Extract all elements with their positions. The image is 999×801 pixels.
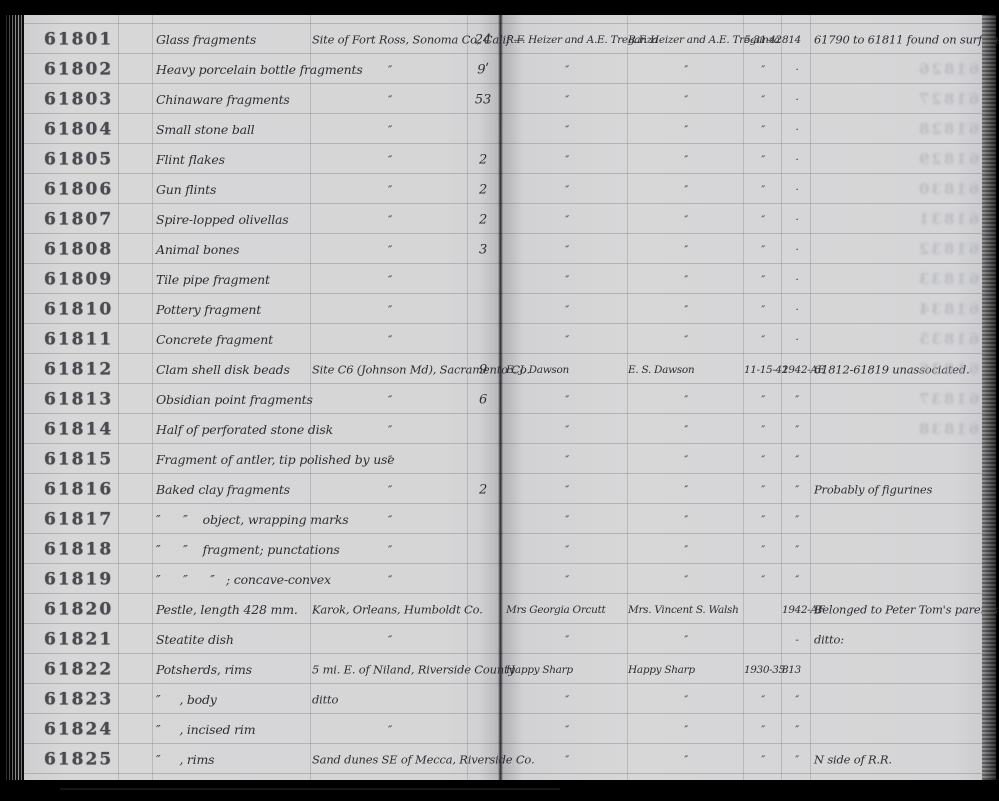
catalog-number: 61801 [44, 32, 113, 49]
accession-number: ″ [782, 455, 812, 466]
collector: ″ [506, 455, 628, 466]
catalog-number: 61825 [44, 752, 113, 769]
description: Chinaware fragments [156, 94, 290, 107]
remarks: Probably of figurines [814, 484, 932, 496]
catalog-row: 61808Animal bones″3″″″· [24, 235, 982, 265]
accession-number: 814 [782, 35, 812, 46]
accession-number: - [782, 635, 812, 646]
catalog-number: 61807 [44, 212, 113, 229]
site-locality: ″ [312, 574, 468, 586]
remarks: ditto: [814, 634, 844, 646]
catalog-row: 61803Chinaware fragments″53″″″· [24, 85, 982, 115]
site-locality: ″ [312, 64, 468, 76]
site-locality: ″ [312, 334, 468, 346]
collected-for: ″ [628, 335, 744, 346]
catalog-number: 61817 [44, 512, 113, 529]
catalog-row: 61805Flint flakes″2″″″· [24, 145, 982, 175]
collected-for: ″ [628, 185, 744, 196]
site-locality: Site of Fort Ross, Sonoma Co, Calif — [312, 34, 468, 46]
collected-for: ″ [628, 635, 744, 646]
accession-number: · [782, 95, 812, 106]
catalog-row: 61809Tile pipe fragment″″″″· [24, 265, 982, 295]
catalog-row: 61815Fragment of antler, tip polished by… [24, 445, 982, 475]
quantity: 9 [468, 364, 498, 377]
catalog-row: 61822Potsherds, rims5 mi. E. of Niland, … [24, 655, 982, 685]
accession-number: ″ [782, 545, 812, 556]
description: ″ ″ ″ ; concave-convex [156, 574, 331, 587]
date: ″ [744, 755, 782, 766]
date: ″ [744, 245, 782, 256]
accession-number: ″ [782, 515, 812, 526]
collector: ″ [506, 695, 628, 706]
catalog-number: 61813 [44, 392, 113, 409]
accession-number: 1942-AF [782, 605, 812, 616]
collector: R.F. Heizer and A.E. Treganza [506, 35, 628, 46]
date: ″ [744, 455, 782, 466]
date: ″ [744, 305, 782, 316]
catalog-row: 61821Steatite dish″″″-ditto: [24, 625, 982, 655]
description: Flint flakes [156, 154, 225, 167]
site-locality: Sand dunes SE of Mecca, Riverside Co. [312, 754, 468, 766]
site-locality: ″ [312, 124, 468, 136]
catalog-row: 61816Baked clay fragments″2″″″″Probably … [24, 475, 982, 505]
collected-for: ″ [628, 485, 744, 496]
accession-number: · [782, 275, 812, 286]
catalog-row: 61801Glass fragmentsSite of Fort Ross, S… [24, 25, 982, 55]
date: 11-15-42 [744, 365, 782, 376]
quantity: 2 [468, 184, 498, 197]
accession-number: · [782, 155, 812, 166]
date: ″ [744, 155, 782, 166]
collected-for: E. S. Dawson [628, 365, 744, 376]
description: Spire-lopped olivellas [156, 214, 289, 227]
catalog-row: 61807Spire-lopped olivellas″2″″″· [24, 205, 982, 235]
collector: ″ [506, 305, 628, 316]
scan-border-bottom [0, 780, 999, 801]
catalog-number: 61818 [44, 542, 113, 559]
description: Half of perforated stone disk [156, 424, 333, 437]
catalog-row: 61824″ , incised rim″″″″″ [24, 715, 982, 745]
catalog-row: 61806Gun flints″2″″″· [24, 175, 982, 205]
site-locality: ″ [312, 424, 468, 436]
collected-for: ″ [628, 155, 744, 166]
site-locality: ditto [312, 694, 468, 706]
catalog-row: 61823″ , bodyditto″″″″ [24, 685, 982, 715]
catalog-number: 61821 [44, 632, 113, 649]
date: ″ [744, 65, 782, 76]
catalog-row: 61819″ ″ ″ ; concave-convex″″″″″ [24, 565, 982, 595]
site-locality: ″ [312, 154, 468, 166]
site-locality: ″ [312, 724, 468, 736]
collected-for: ″ [628, 395, 744, 406]
collector: Happy Sharp [506, 665, 628, 676]
collector: ″ [506, 215, 628, 226]
site-locality: ″ [312, 274, 468, 286]
collector: ″ [506, 65, 628, 76]
collector: ″ [506, 155, 628, 166]
site-locality: Site C6 (Johnson Md), Sacramento Co. [312, 364, 468, 376]
description: Pestle, length 428 mm. [156, 604, 298, 617]
catalog-row: 61818″ ″ fragment; punctations″″″″″ [24, 535, 982, 565]
date: 5-31-42 [744, 35, 782, 46]
quantity: 3 [468, 244, 498, 257]
date: ″ [744, 95, 782, 106]
accession-number: ″ [782, 395, 812, 406]
description: Concrete fragment [156, 334, 273, 347]
accession-number: ″ [782, 575, 812, 586]
quantity: 24 [468, 34, 498, 47]
date: ″ [744, 395, 782, 406]
catalog-row: 61810Pottery fragment″″″″· [24, 295, 982, 325]
quantity: 6 [468, 394, 498, 407]
collected-for: Happy Sharp [628, 665, 744, 676]
site-locality: ″ [312, 514, 468, 526]
book-spine-edge [0, 0, 24, 801]
date: ″ [744, 185, 782, 196]
remarks: 61790 to 61811 found on surface [814, 34, 999, 46]
site-locality: ″ [312, 244, 468, 256]
date: ″ [744, 725, 782, 736]
collected-for: ″ [628, 515, 744, 526]
description: Obsidian point fragments [156, 394, 313, 407]
site-locality: ″ [312, 304, 468, 316]
date: 1930-35 [744, 665, 782, 676]
accession-number: ″ [782, 485, 812, 496]
catalog-number: 61815 [44, 452, 113, 469]
site-locality: 5 mi. E. of Niland, Riverside County [312, 664, 468, 676]
catalog-number: 61811 [44, 332, 113, 349]
collected-for: ″ [628, 575, 744, 586]
site-locality: ″ [312, 544, 468, 556]
catalog-number: 61810 [44, 302, 113, 319]
description: Clam shell disk beads [156, 364, 290, 377]
catalog-row: 61814Half of perforated stone disk″″″″″ [24, 415, 982, 445]
collector: Mrs Georgia Orcutt [506, 605, 628, 616]
catalog-number: 61808 [44, 242, 113, 259]
collector: ″ [506, 485, 628, 496]
description: ″ , rims [156, 754, 214, 767]
collector: ″ [506, 575, 628, 586]
site-locality: ″ [312, 634, 468, 646]
catalog-number: 61816 [44, 482, 113, 499]
remarks: 61812-61819 unassociated. [814, 364, 970, 376]
description: Small stone ball [156, 124, 254, 137]
collector: ″ [506, 185, 628, 196]
description: Steatite dish [156, 634, 234, 647]
catalog-row: 61825″ , rimsSand dunes SE of Mecca, Riv… [24, 745, 982, 775]
catalog-row: 61812Clam shell disk beadsSite C6 (Johns… [24, 355, 982, 385]
site-locality: ″ [312, 94, 468, 106]
collected-for: ″ [628, 95, 744, 106]
catalog-row: 61820Pestle, length 428 mm.Karok, Orlean… [24, 595, 982, 625]
catalog-number: 61809 [44, 272, 113, 289]
date: ″ [744, 425, 782, 436]
site-locality: ″ [312, 484, 468, 496]
catalog-number: 61802 [44, 62, 113, 79]
collected-for: ″ [628, 755, 744, 766]
collector: ″ [506, 635, 628, 646]
accession-number: ″ [782, 725, 812, 736]
accession-number: 1942-AE [782, 365, 812, 376]
collected-for: ″ [628, 215, 744, 226]
site-locality: ″ [312, 454, 468, 466]
catalog-number: 61806 [44, 182, 113, 199]
catalog-row: 61817″ ″ object, wrapping marks″″″″″ [24, 505, 982, 535]
description: ″ , incised rim [156, 724, 255, 737]
description: Baked clay fragments [156, 484, 290, 497]
description: ″ , body [156, 694, 217, 707]
accession-number: ″ [782, 695, 812, 706]
collected-for: ″ [628, 725, 744, 736]
collected-for: ″ [628, 305, 744, 316]
catalog-row: 61811Concrete fragment″″″″· [24, 325, 982, 355]
description: Animal bones [156, 244, 239, 257]
accession-number: · [782, 215, 812, 226]
collector: ″ [506, 245, 628, 256]
quantity: 9ʹ [468, 64, 498, 77]
quantity: 2 [468, 214, 498, 227]
date: ″ [744, 275, 782, 286]
ledger-scan: 61801Glass fragmentsSite of Fort Ross, S… [0, 0, 999, 801]
accession-number: · [782, 335, 812, 346]
catalog-number: 61804 [44, 122, 113, 139]
collector: ″ [506, 395, 628, 406]
catalog-row: 61813Obsidian point fragments″6″″″″ [24, 385, 982, 415]
collected-for: ″ [628, 245, 744, 256]
collector: ″ [506, 515, 628, 526]
date: ″ [744, 695, 782, 706]
quantity: 2 [468, 154, 498, 167]
ledger-spread: 61801Glass fragmentsSite of Fort Ross, S… [24, 15, 982, 780]
collected-for: ″ [628, 275, 744, 286]
scan-border-top [0, 0, 999, 15]
collector: ″ [506, 425, 628, 436]
catalog-number: 61814 [44, 422, 113, 439]
description: Glass fragments [156, 34, 256, 47]
date: ″ [744, 125, 782, 136]
accession-number: · [782, 245, 812, 256]
site-locality: ″ [312, 184, 468, 196]
collector: ″ [506, 545, 628, 556]
catalog-number: 61803 [44, 92, 113, 109]
description: Pottery fragment [156, 304, 261, 317]
date: ″ [744, 485, 782, 496]
collector: ″ [506, 335, 628, 346]
collected-for: R.F. Heizer and A.E. Treganza [628, 35, 744, 46]
collected-for: ″ [628, 125, 744, 136]
accession-number: ″ [782, 425, 812, 436]
collected-for: Mrs. Vincent S. Walsh [628, 605, 744, 616]
catalog-number: 61824 [44, 722, 113, 739]
quantity: 2 [468, 484, 498, 497]
site-locality: Karok, Orleans, Humboldt Co. [312, 604, 468, 616]
collector: ″ [506, 275, 628, 286]
collector: E. J. Dawson [506, 365, 628, 376]
collected-for: ″ [628, 545, 744, 556]
remarks: N side of R.R. [814, 754, 892, 766]
accession-number: · [782, 305, 812, 316]
catalog-number: 61819 [44, 572, 113, 589]
collector: ″ [506, 125, 628, 136]
catalog-number: 61822 [44, 662, 113, 679]
catalog-row: 61804Small stone ball″″″″· [24, 115, 982, 145]
catalog-row: 61802Heavy porcelain bottle fragments″9ʹ… [24, 55, 982, 85]
date: ″ [744, 575, 782, 586]
collector: ″ [506, 725, 628, 736]
collector: ″ [506, 755, 628, 766]
date: ″ [744, 515, 782, 526]
date: ″ [744, 545, 782, 556]
description: Gun flints [156, 184, 216, 197]
remarks: Belonged to Peter Tom's parents [814, 604, 998, 616]
catalog-number: 61812 [44, 362, 113, 379]
description: Potsherds, rims [156, 664, 252, 677]
site-locality: ″ [312, 214, 468, 226]
collector: ″ [506, 95, 628, 106]
collected-for: ″ [628, 425, 744, 436]
date: ″ [744, 335, 782, 346]
collected-for: ″ [628, 695, 744, 706]
page-edge-right [982, 10, 996, 782]
accession-number: · [782, 185, 812, 196]
date: ″ [744, 215, 782, 226]
catalog-number: 61823 [44, 692, 113, 709]
collected-for: ″ [628, 455, 744, 466]
accession-number: 813 [782, 665, 812, 676]
site-locality: ″ [312, 394, 468, 406]
accession-number: · [782, 65, 812, 76]
accession-number: · [782, 125, 812, 136]
catalog-number: 61820 [44, 602, 113, 619]
catalog-number: 61805 [44, 152, 113, 169]
collected-for: ″ [628, 65, 744, 76]
description: Tile pipe fragment [156, 274, 270, 287]
accession-number: ″ [782, 755, 812, 766]
quantity: 53 [468, 94, 498, 107]
